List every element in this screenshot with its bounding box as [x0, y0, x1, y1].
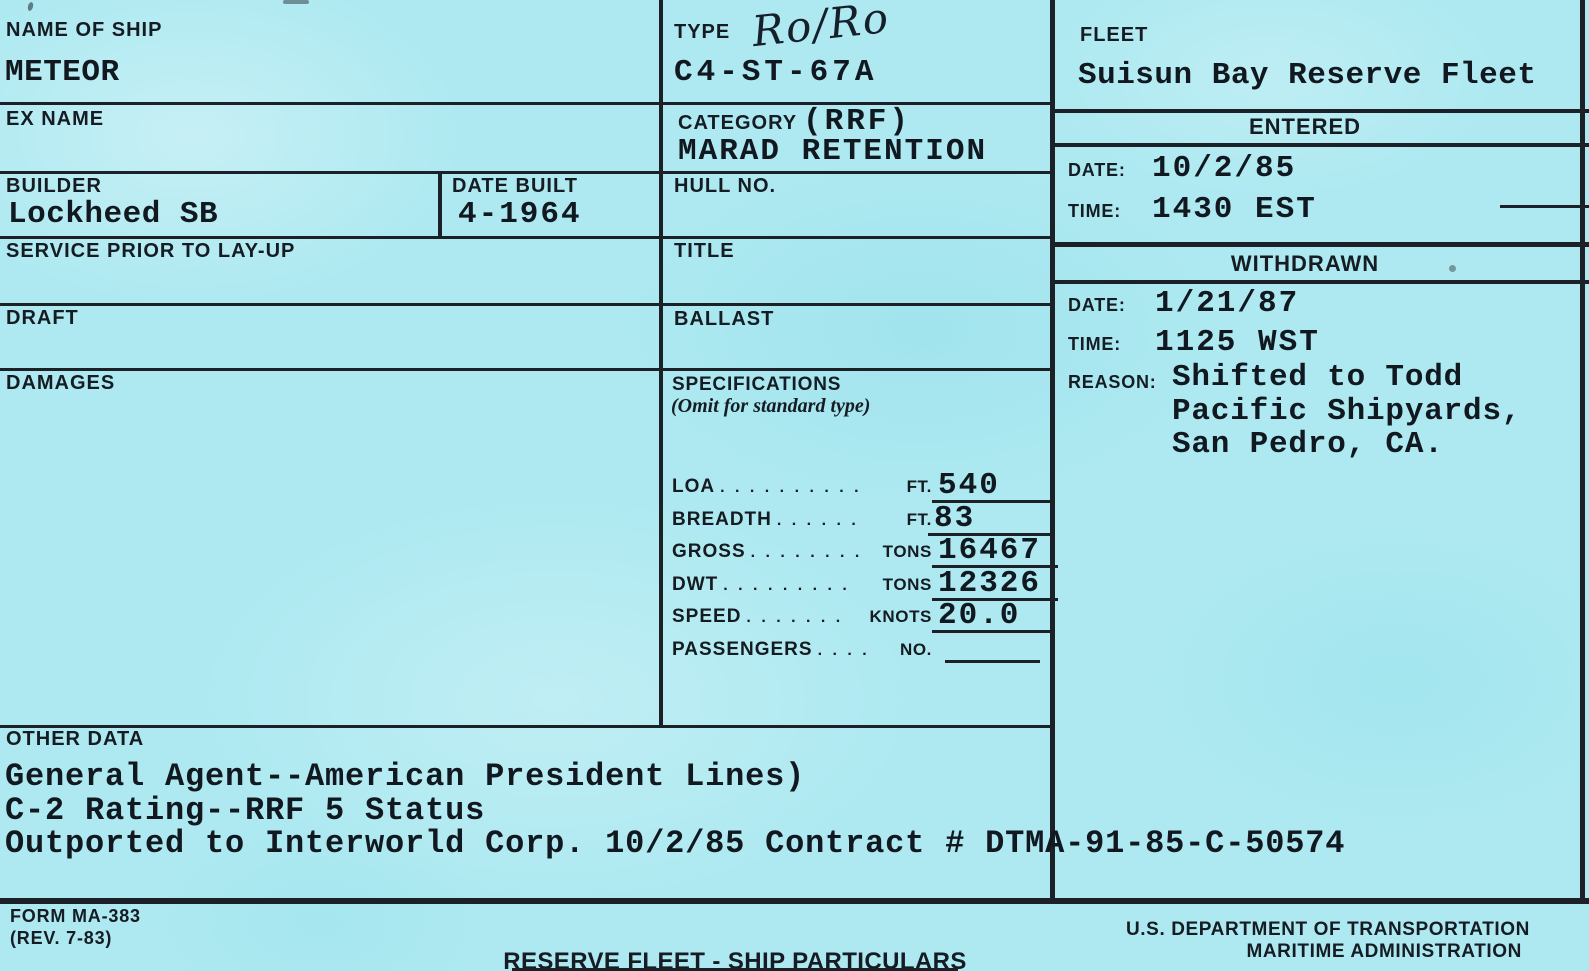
- other-data-lines: General Agent--American President Lines)…: [5, 760, 1345, 861]
- dotted-leader: . . . . . . . .: [751, 544, 878, 562]
- damages-label: DAMAGES: [6, 372, 115, 395]
- underline-passengers: [945, 660, 1040, 663]
- divider-date-built: [438, 171, 442, 239]
- rule-below-builder: [0, 236, 1052, 239]
- spec-label-gross: GROSS: [672, 541, 746, 563]
- category-value: MARAD RETENTION: [678, 134, 987, 169]
- spec-unit-speed: KNOTS: [870, 607, 933, 627]
- withdrawn-time-label: TIME:: [1068, 334, 1121, 355]
- title-label: TITLE: [674, 240, 735, 263]
- spec-row-speed: SPEED . . . . . . . KNOTS: [672, 606, 932, 628]
- rule-footer: [0, 898, 1589, 904]
- other-data-label: OTHER DATA: [6, 728, 144, 751]
- entered-time-label: TIME:: [1068, 201, 1121, 222]
- rule-below-draft: [0, 368, 1052, 371]
- spec-unit-breadth: FT.: [907, 510, 932, 530]
- builder-value: Lockheed SB: [8, 197, 218, 232]
- spec-row-loa: LOA . . . . . . . . . . FT.: [672, 476, 932, 498]
- ex-name-label: EX NAME: [6, 108, 104, 131]
- spec-unit-passengers: NO.: [900, 640, 932, 660]
- spec-unit-dwt: TONS: [883, 575, 932, 595]
- type-label: TYPE: [674, 21, 730, 44]
- withdrawn-date-label: DATE:: [1068, 295, 1126, 316]
- ballast-label: BALLAST: [674, 308, 774, 331]
- spec-row-passengers: PASSENGERS . . . . NO.: [672, 639, 932, 661]
- spec-value-speed: 20.0: [938, 598, 1020, 633]
- type-handwritten-value: Ro/Ro: [750, 0, 892, 56]
- specifications-note: (Omit for standard type): [671, 395, 870, 418]
- withdrawn-reason-label: REASON:: [1068, 372, 1157, 393]
- spec-unit-gross: TONS: [883, 542, 932, 562]
- name-of-ship-label: NAME OF SHIP: [6, 19, 162, 42]
- scan-edge-mark: [283, 0, 309, 4]
- spec-row-dwt: DWT . . . . . . . . . TONS: [672, 574, 932, 596]
- form-number: FORM MA-383: [10, 906, 141, 927]
- rule-time-fill-stub: [1500, 205, 1589, 208]
- category-label: CATEGORY: [678, 112, 797, 135]
- service-prior-label: SERVICE PRIOR TO LAY-UP: [6, 240, 295, 263]
- type-typed-value: C4-ST-67A: [674, 55, 877, 90]
- spec-value-breadth: 83: [934, 501, 975, 536]
- divider-left-middle: [659, 0, 663, 728]
- spec-value-gross: 16467: [938, 533, 1041, 568]
- withdrawn-time-value: 1125 WST: [1155, 325, 1320, 360]
- specifications-label: SPECIFICATIONS: [672, 374, 841, 396]
- spec-label-loa: LOA: [672, 476, 715, 498]
- agency-line1: U.S. DEPARTMENT OF TRANSPORTATION: [1080, 919, 1530, 941]
- date-built-value: 4-1964: [458, 197, 582, 232]
- entered-header: ENTERED: [1050, 114, 1560, 140]
- rule-above-other-data: [0, 725, 1052, 728]
- rule-fleet-bottom: [1050, 109, 1589, 113]
- dotted-leader: . . . . . . . . . .: [720, 479, 901, 497]
- rule-below-service: [0, 303, 1052, 306]
- hull-no-label: HULL NO.: [674, 175, 776, 198]
- spec-value-dwt: 12326: [938, 566, 1041, 601]
- spec-label-dwt: DWT: [672, 574, 718, 596]
- rule-below-ex-name: [0, 171, 1052, 174]
- entered-date-value: 10/2/85: [1152, 151, 1296, 186]
- rule-withdrawn-bottom: [1050, 280, 1589, 284]
- withdrawn-date-value: 1/21/87: [1155, 286, 1299, 321]
- scan-speck: [27, 2, 34, 12]
- withdrawn-header: WITHDRAWN: [1050, 251, 1560, 277]
- name-of-ship-value: METEOR: [5, 55, 120, 90]
- dotted-leader: . . . . . . .: [746, 609, 864, 627]
- fleet-label: FLEET: [1080, 24, 1148, 47]
- form-revision: (REV. 7-83): [10, 928, 112, 949]
- dotted-leader: . . . .: [818, 642, 895, 660]
- fleet-value: Suisun Bay Reserve Fleet: [1078, 58, 1536, 93]
- entered-date-label: DATE:: [1068, 160, 1126, 181]
- rule-entered-bottom: [1050, 143, 1589, 147]
- withdrawn-reason-lines: Shifted to Todd Pacific Shipyards, San P…: [1172, 361, 1521, 462]
- spec-row-breadth: BREADTH . . . . . . FT.: [672, 509, 932, 531]
- draft-label: DRAFT: [6, 307, 79, 330]
- date-built-label: DATE BUILT: [452, 175, 578, 198]
- spec-label-passengers: PASSENGERS: [672, 639, 813, 661]
- builder-label: BUILDER: [6, 175, 102, 198]
- spec-row-gross: GROSS . . . . . . . . TONS: [672, 541, 932, 563]
- spec-unit-loa: FT.: [907, 477, 932, 497]
- agency-line2: MARITIME ADMINISTRATION: [1080, 941, 1522, 963]
- entered-time-value: 1430 EST: [1152, 192, 1317, 227]
- card-right-edge: [1580, 0, 1585, 902]
- spec-label-breadth: BREADTH: [672, 509, 772, 531]
- dotted-leader: . . . . . .: [777, 512, 902, 530]
- dotted-leader: . . . . . . . . .: [723, 577, 877, 595]
- spec-value-loa: 540: [938, 468, 1000, 503]
- rule-withdrawn-top: [1050, 242, 1589, 247]
- reserve-fleet-ship-particulars-card: NAME OF SHIP METEOR EX NAME BUILDER Lock…: [0, 0, 1589, 971]
- spec-label-speed: SPEED: [672, 606, 741, 628]
- scan-speck: [1449, 265, 1456, 272]
